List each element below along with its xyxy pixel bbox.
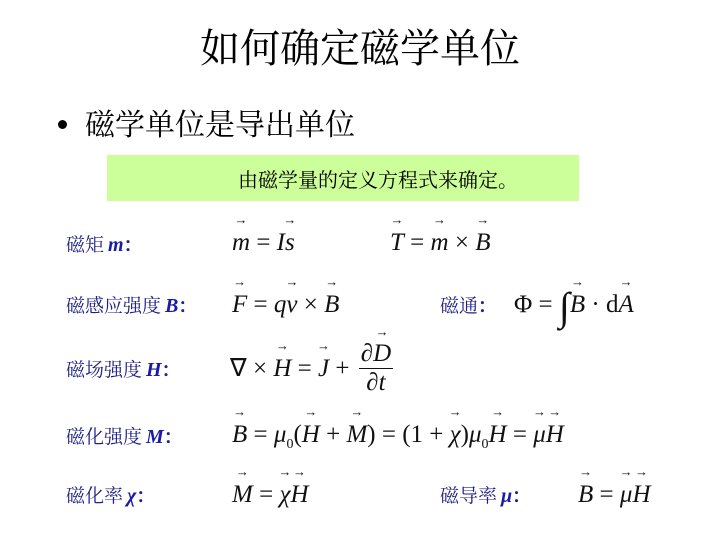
label-magnetic-moment: 磁矩m：: [66, 232, 143, 258]
formula-susceptibility: M = χH: [232, 480, 309, 510]
highlight-box: 由磁学量的定义方程式来确定。: [107, 155, 579, 201]
formula-lorentz-force: F = qv × B: [232, 290, 339, 320]
label-colon: ：: [136, 485, 155, 507]
formula-permeability: B = μH: [578, 480, 651, 510]
label-text: 磁导率: [440, 485, 497, 507]
slide-title: 如何确定磁学单位: [0, 24, 720, 74]
formula-moment: m = Is: [232, 228, 295, 258]
label-magnetization: 磁化强度M：: [66, 424, 183, 450]
highlight-text: 由磁学量的定义方程式来确定。: [168, 164, 518, 193]
label-text: 磁感应强度: [66, 295, 161, 317]
label-text: 磁场强度: [66, 359, 142, 381]
bullet-text: 磁学单位是导出单位: [85, 108, 355, 143]
label-colon: ：: [512, 485, 531, 507]
label-magnetic-induction: 磁感应强度B：: [66, 293, 197, 319]
symbol-chi: χ: [127, 485, 136, 507]
symbol-m: m: [108, 234, 124, 256]
formula-torque: T = m × B: [390, 228, 490, 258]
label-text: 磁矩: [66, 234, 104, 256]
bullet-dot-icon: [58, 120, 67, 129]
symbol-M: M: [146, 426, 164, 448]
label-permeability: 磁导率μ：: [440, 483, 531, 509]
formula-flux: Φ = ∫B · dA: [514, 290, 634, 322]
label-colon: ：: [478, 295, 497, 317]
label-colon: ：: [162, 359, 181, 381]
label-text: 磁通: [440, 295, 478, 317]
symbol-B: B: [165, 295, 178, 317]
symbol-H: H: [146, 359, 162, 381]
label-colon: ：: [124, 234, 143, 256]
bullet-item: 磁学单位是导出单位: [58, 106, 355, 146]
formula-ampere-maxwell: ∇ × H = J + ∂D∂t: [230, 340, 393, 397]
label-field-strength: 磁场强度H：: [66, 357, 181, 383]
label-susceptibility: 磁化率χ：: [66, 483, 155, 509]
label-colon: ：: [178, 295, 197, 317]
label-magnetic-flux: 磁通：: [440, 293, 497, 319]
formula-magnetization: B = μ0(H + M) = (1 + χ)μ0H = μH: [232, 420, 564, 460]
label-colon: ：: [164, 426, 183, 448]
symbol-mu: μ: [501, 485, 512, 507]
label-text: 磁化率: [66, 485, 123, 507]
label-text: 磁化强度: [66, 426, 142, 448]
